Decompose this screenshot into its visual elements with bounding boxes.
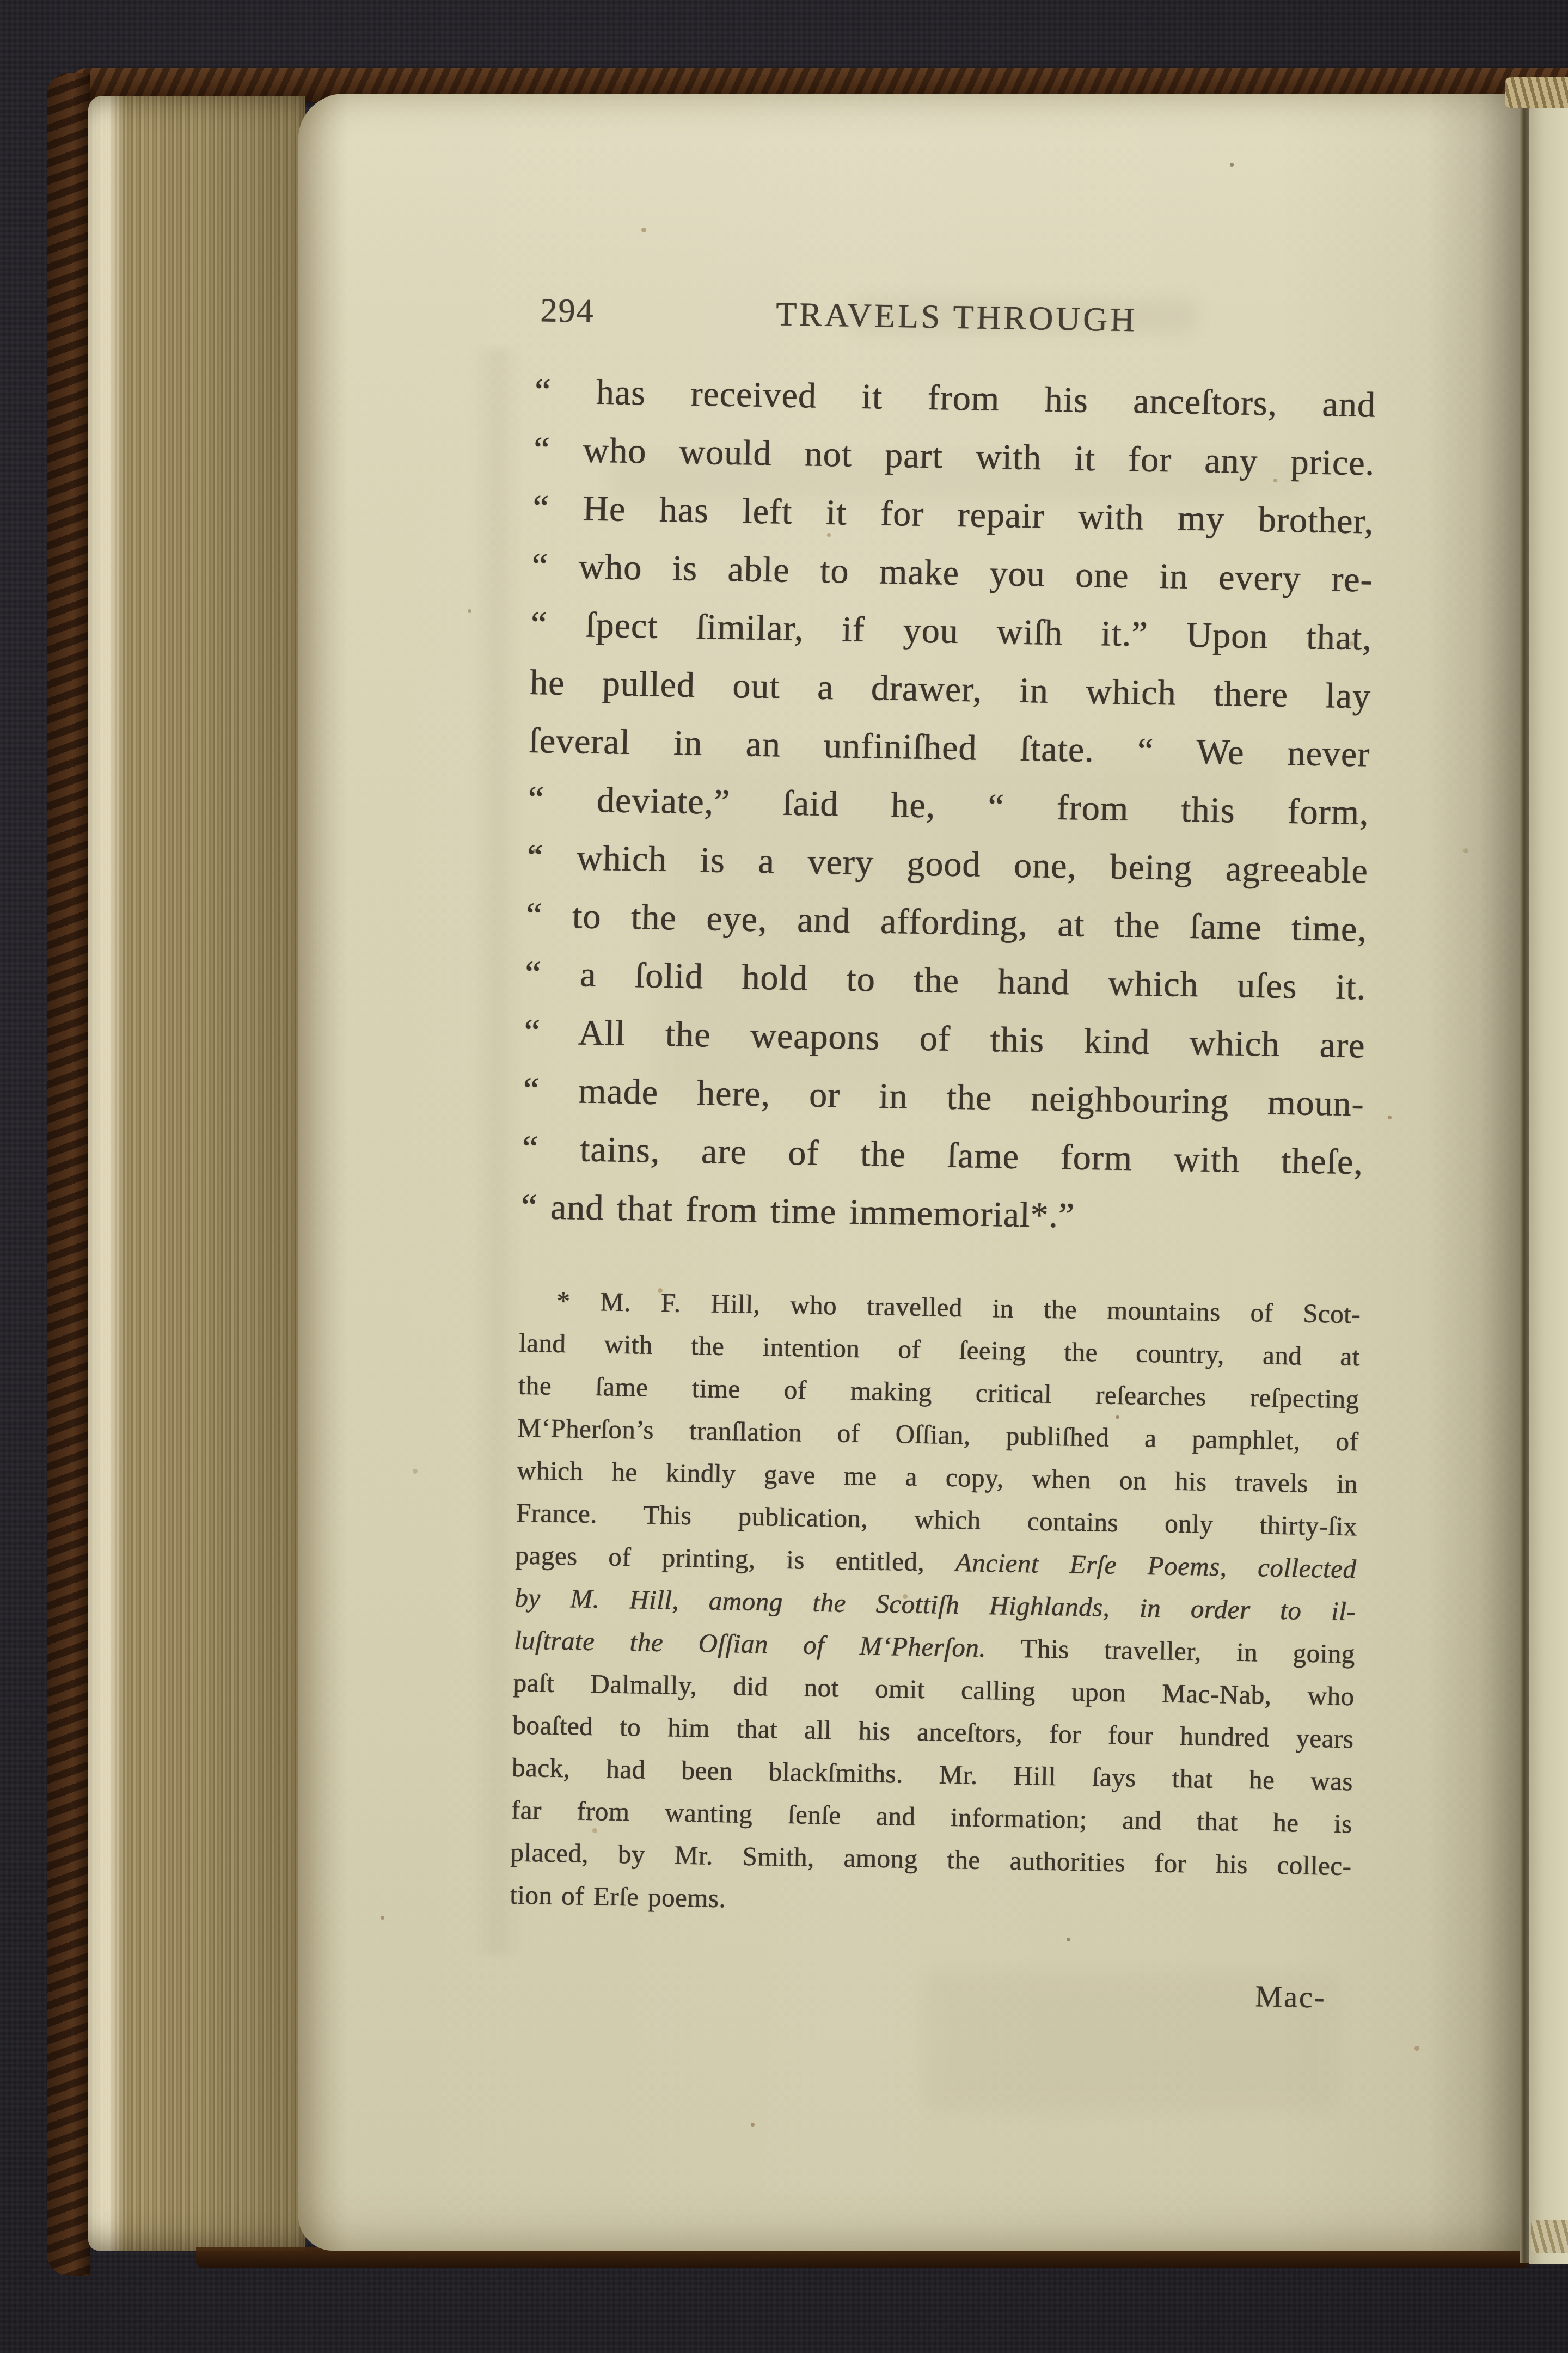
gutter-shadow — [1426, 94, 1522, 2251]
text-segment: “ which is a very good one, being agreea… — [526, 837, 1368, 891]
text-segment: “ deviate,” ſaid he, “ from this form, — [528, 779, 1369, 833]
text-segment: “ He has left it for repair with my brot… — [532, 488, 1374, 542]
text-segment: “ who would not part with it for any pri… — [534, 430, 1375, 483]
text-segment: This traveller, in going — [985, 1633, 1355, 1669]
text-segment: which he kindly gave me a copy, when on … — [517, 1455, 1358, 1499]
text-segment: * M. F. Hill, who travelled in the mount… — [556, 1286, 1361, 1329]
text-segment: “ ſpect ſimilar, if you wiſh it.” Upon t… — [530, 604, 1372, 658]
endband-top-icon — [1505, 77, 1568, 108]
next-page-sliver — [1529, 82, 1568, 2264]
text-segment: far from wanting ſenſe and information; … — [511, 1795, 1352, 1839]
text-segment: ſeveral in an unfiniſhed ſtate. “ We nev… — [529, 721, 1370, 775]
text-segment: back, had been blackſmiths. Mr. Hill ſay… — [512, 1753, 1353, 1797]
text-segment: placed, by Mr. Smith, among the authorit… — [510, 1837, 1352, 1882]
text-segment: “ All the weapons of this kind which are — [524, 1012, 1365, 1066]
text-segment: M‘Pherſon’s tranſlation of Oſſian, publi… — [517, 1413, 1359, 1457]
book-photograph: 294 TRAVELS THROUGH “ has received it fr… — [0, 0, 1568, 2353]
text-segment: “ and that from time immemorial*.” — [521, 1187, 1075, 1236]
text-segment: “ who is able to make you one in every r… — [531, 546, 1373, 600]
text-segment: by M. Hill, among the Scottiſh Highlands… — [514, 1583, 1356, 1627]
text-segment: France. This publication, which contains… — [516, 1498, 1357, 1542]
text-segment: Ancient Erſe Poems, collected — [955, 1547, 1356, 1584]
text-segment: he pulled out a drawer, in which there l… — [529, 663, 1371, 716]
body-text: “ has received it from his anceſtors, an… — [520, 362, 1376, 1249]
paper-speckles — [0, 0, 3, 3]
text-segment: tion of Erſe poems. — [510, 1880, 726, 1914]
text-segment: “ tains, are of the ſame form with theſe… — [522, 1129, 1363, 1182]
page-number: 294 — [540, 291, 595, 331]
gutter-crease — [1520, 83, 1529, 2263]
text-segment: land with the intention of ſeeing the co… — [519, 1328, 1361, 1372]
text-segment: “ a ſolid hold to the hand which uſes it… — [525, 954, 1367, 1008]
text-segment: “ made here, or in the neighbouring moun… — [523, 1070, 1364, 1124]
page-fore-edges — [88, 96, 305, 2251]
catchword: Mac- — [1255, 1979, 1326, 2015]
leather-cover-spine-edge — [47, 73, 90, 2276]
text-segment: pages of printing, is entitled, — [515, 1540, 955, 1577]
text-segment: boaſted to him that all his anceſtors, f… — [512, 1710, 1354, 1754]
running-title: TRAVELS THROUGH — [776, 296, 1138, 339]
printed-page-content: 294 TRAVELS THROUGH “ has received it fr… — [507, 291, 1377, 2058]
endband-bottom-icon — [1531, 2220, 1568, 2253]
text-segment: the ſame time of making critical reſearc… — [518, 1370, 1359, 1414]
text-segment: “ to the eye, and affording, at the ſame… — [525, 896, 1367, 949]
footnote-text: * M. F. Hill, who travelled in the mount… — [510, 1279, 1361, 1930]
text-segment: luſtrate the Oſſian of M‘Pherſon. — [513, 1625, 986, 1663]
text-segment: paſt Dalmally, did not omit calling upon… — [513, 1668, 1355, 1712]
text-segment: “ has received it from his anceſtors, an… — [534, 371, 1376, 425]
